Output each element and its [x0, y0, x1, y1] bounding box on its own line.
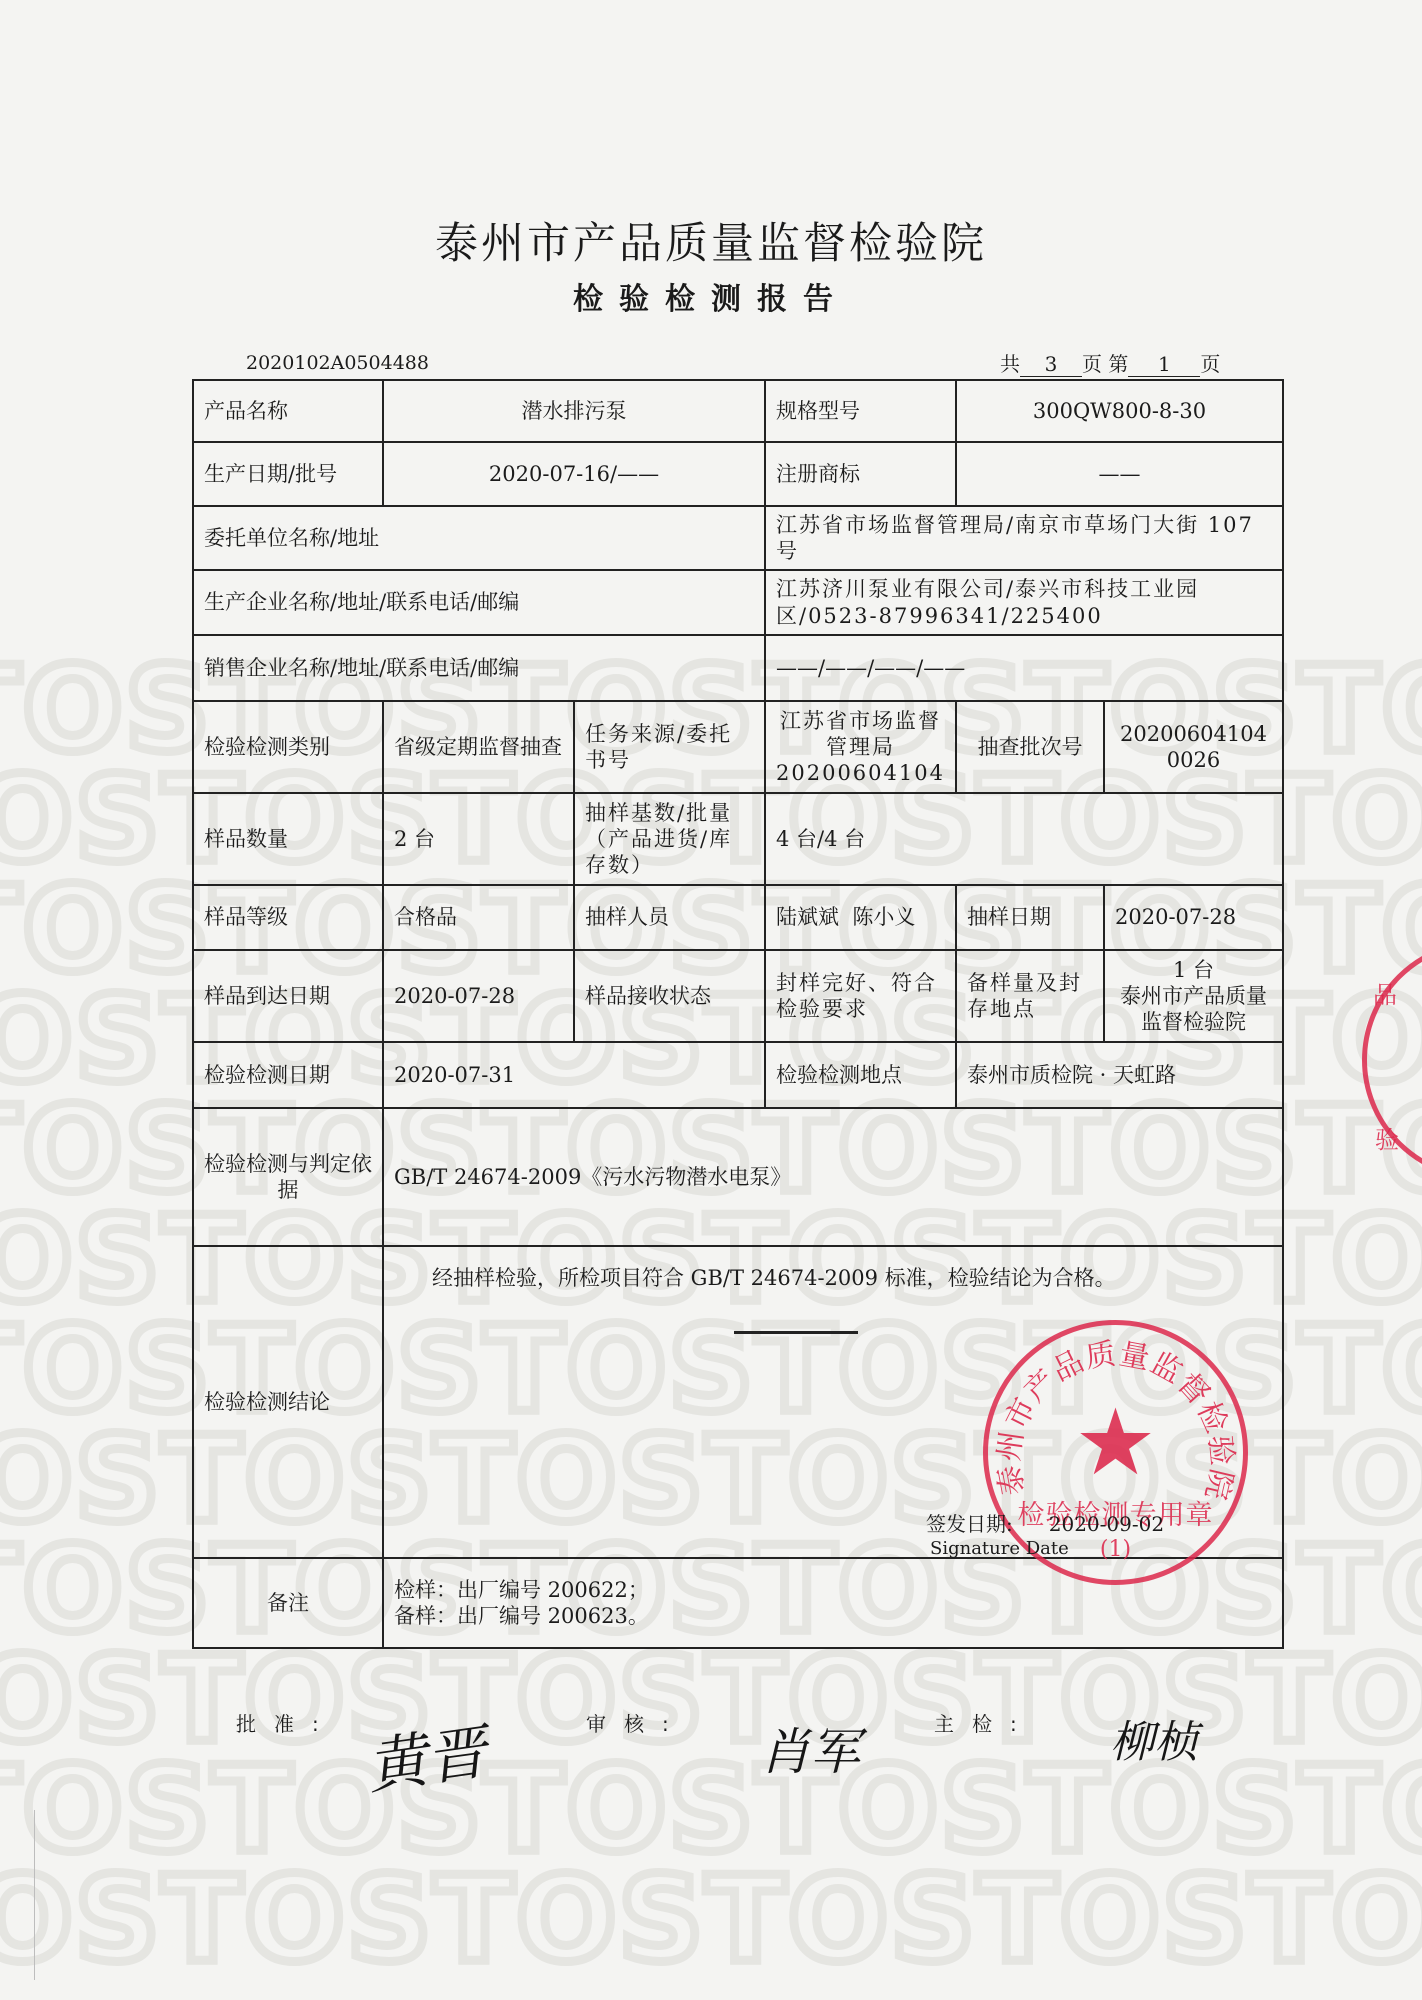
test-place-value: 泰州市质检院 · 天虹路	[956, 1042, 1283, 1108]
manufacturer-label: 生产企业名称/地址/联系电话/邮编	[193, 570, 765, 635]
product-name-value: 潜水排污泵	[383, 380, 765, 442]
table-row: 样品到达日期 2020-07-28 样品接收状态 封样完好、符合检验要求 备样量…	[193, 950, 1283, 1042]
category-label: 检验检测类别	[193, 701, 383, 793]
basis-value: GB/T 24674-2009《污水污物潜水电泵》	[383, 1108, 1283, 1246]
trademark-value: ——	[956, 442, 1283, 506]
trademark-label: 注册商标	[765, 442, 956, 506]
basis-label: 检验检测与判定依据	[193, 1108, 383, 1246]
sampler-value: 陆斌斌 陈小义	[765, 885, 956, 950]
seller-label: 销售企业名称/地址/联系电话/邮编	[193, 635, 765, 701]
task-source-value: 江苏省市场监督管理局 20200604104	[765, 701, 956, 793]
table-row: 检验检测日期 2020-07-31 检验检测地点 泰州市质检院 · 天虹路	[193, 1042, 1283, 1108]
batch-no-label: 抽查批次号	[956, 701, 1104, 793]
page-suffix: 页	[1200, 352, 1220, 376]
page-total-prefix: 共	[1000, 352, 1020, 376]
arrival-date-label: 样品到达日期	[193, 950, 383, 1042]
backup-place: 泰州市产品质量监督检验院	[1115, 983, 1272, 1036]
test-date-value: 2020-07-31	[383, 1042, 765, 1108]
client-value: 江苏省市场监督管理局/南京市草场门大街 107号	[765, 506, 1283, 570]
conclusion-label: 检验检测结论	[193, 1246, 383, 1558]
approve-signature: 黄晋	[361, 1704, 492, 1806]
institute-title: 泰州市产品质量监督检验院	[0, 210, 1422, 271]
page-mid: 页 第	[1082, 352, 1128, 376]
report-type-title: 检验检测报告	[0, 274, 1422, 318]
arrival-date-value: 2020-07-28	[383, 950, 574, 1042]
sample-grade-label: 样品等级	[193, 885, 383, 950]
receipt-status-value: 封样完好、符合检验要求	[765, 950, 956, 1042]
report-number: 2020102A0504488	[246, 352, 429, 374]
table-row: 委托单位名称/地址 江苏省市场监督管理局/南京市草场门大街 107号	[193, 506, 1283, 570]
sampling-base-label: 抽样基数/批量（产品进货/库存数）	[574, 793, 765, 885]
sign-date: 签发日期:2020-09-02	[926, 1508, 1164, 1537]
table-row: 样品数量 2 台 抽样基数/批量（产品进货/库存数） 4 台/4 台	[193, 793, 1283, 885]
backup-qty: 1 台	[1115, 957, 1272, 983]
remarks-line: 备样：出厂编号 200623。	[394, 1603, 1272, 1629]
production-date-value: 2020-07-16/——	[383, 442, 765, 506]
watermark-row: TOSTOSTOSTOSTOSTOSTOS	[0, 1630, 1422, 1768]
table-row: 生产日期/批号 2020-07-16/—— 注册商标 ——	[193, 442, 1283, 506]
sampler-label: 抽样人员	[574, 885, 765, 950]
inspector-label: 主检:	[934, 1708, 1035, 1737]
review-signature: 肖军	[760, 1712, 860, 1784]
edge-seal-char: 品	[1373, 975, 1397, 1010]
table-row: 销售企业名称/地址/联系电话/邮编 ——/——/——/——	[193, 635, 1283, 701]
sample-qty-label: 样品数量	[193, 793, 383, 885]
manufacturer-value: 江苏济川泵业有限公司/泰兴市科技工业园区/0523-87996341/22540…	[765, 570, 1283, 635]
sampling-base-value: 4 台/4 台	[765, 793, 1283, 885]
task-source-label: 任务来源/委托书号	[574, 701, 765, 793]
page-total: 3	[1020, 352, 1082, 377]
backup-value: 1 台 泰州市产品质量监督检验院	[1104, 950, 1283, 1042]
model-label: 规格型号	[765, 380, 956, 442]
table-row: 产品名称 潜水排污泵 规格型号 300QW800-8-30	[193, 380, 1283, 442]
page-info: 共3页 第1页	[1000, 348, 1220, 377]
category-value: 省级定期监督抽查	[383, 701, 574, 793]
test-place-label: 检验检测地点	[765, 1042, 956, 1108]
review-label: 审核:	[586, 1708, 687, 1737]
batch-no-value: 202006041040026	[1104, 701, 1283, 793]
product-name-label: 产品名称	[193, 380, 383, 442]
seller-value: ——/——/——/——	[765, 635, 1283, 701]
paper-edge	[34, 1810, 35, 1980]
star-icon: ★	[988, 1397, 1243, 1489]
watermark-row: TOSTOSTOSTOSTOSTOSTOS	[0, 1850, 1422, 1980]
client-label: 委托单位名称/地址	[193, 506, 765, 570]
sign-date-label: 签发日期:	[926, 1512, 1013, 1536]
backup-label: 备样量及封存地点	[956, 950, 1104, 1042]
sign-date-english: Signature Date	[930, 1538, 1069, 1559]
sign-date-value: 2020-09-02	[1049, 1512, 1164, 1536]
table-row: 检验检测类别 省级定期监督抽查 任务来源/委托书号 江苏省市场监督管理局 202…	[193, 701, 1283, 793]
production-date-label: 生产日期/批号	[193, 442, 383, 506]
sampling-date-value: 2020-07-28	[1104, 885, 1283, 950]
sample-qty-value: 2 台	[383, 793, 574, 885]
model-value: 300QW800-8-30	[956, 380, 1283, 442]
edge-seal-char: 验	[1375, 1120, 1399, 1155]
test-date-label: 检验检测日期	[193, 1042, 383, 1108]
table-row: 样品等级 合格品 抽样人员 陆斌斌 陈小义 抽样日期 2020-07-28	[193, 885, 1283, 950]
remarks-label: 备注	[193, 1558, 383, 1648]
sampling-date-label: 抽样日期	[956, 885, 1104, 950]
conclusion-underline	[734, 1331, 858, 1334]
sample-grade-value: 合格品	[383, 885, 574, 950]
inspector-signature: 柳桢	[1110, 1706, 1198, 1770]
table-row: 检验检测与判定依据 GB/T 24674-2009《污水污物潜水电泵》	[193, 1108, 1283, 1246]
edge-seal: 品 验	[1362, 940, 1422, 1180]
approve-label: 批准:	[236, 1708, 337, 1737]
page-current: 1	[1128, 352, 1200, 377]
table-row: 生产企业名称/地址/联系电话/邮编 江苏济川泵业有限公司/泰兴市科技工业园区/0…	[193, 570, 1283, 635]
receipt-status-label: 样品接收状态	[574, 950, 765, 1042]
watermark-row: TOSTOSTOSTOSTOSTOSTOS	[0, 1740, 1422, 1878]
